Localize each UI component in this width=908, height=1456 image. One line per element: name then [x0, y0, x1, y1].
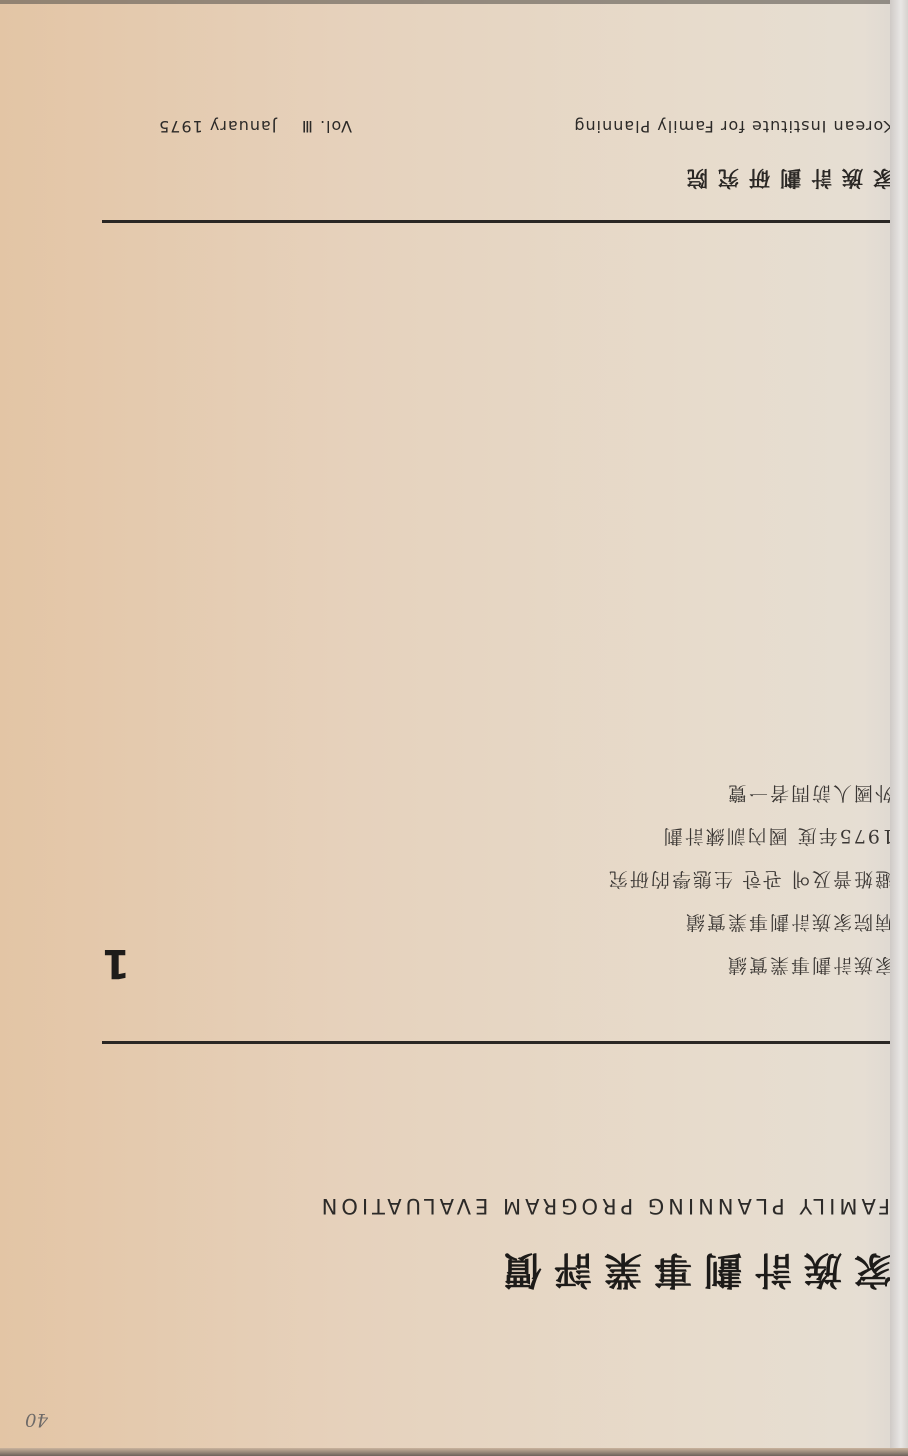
- toc-item: 病院家族計劃事業實績: [607, 900, 894, 943]
- page-edge-shadow: [890, 0, 908, 1456]
- scan-bottom-edge: [0, 1448, 908, 1456]
- publisher-english: Korean Institute for Family Planning: [573, 117, 894, 136]
- toc-item: 外國人訪問者一覽: [607, 771, 894, 814]
- publisher-korean: 家族計劃研究院: [677, 164, 894, 194]
- toc-item: 1975年度 國內訓練計劃: [607, 814, 894, 857]
- toc-item: 家族計劃事業實績: [607, 943, 894, 986]
- volume: Vol. Ⅲ: [301, 117, 352, 136]
- volume-date: Vol. Ⅲ January 1975: [158, 117, 352, 136]
- divider-rule-top: [102, 1041, 900, 1044]
- title-korean: 家族計劃事業評價: [492, 1246, 892, 1301]
- handwritten-note: 40: [25, 1409, 48, 1430]
- cover-sheet: 家族計劃事業評價 FAMILY PLANNING PROGRAM EVALUAT…: [0, 0, 908, 1456]
- scanned-page: 家族計劃事業評價 FAMILY PLANNING PROGRAM EVALUAT…: [0, 0, 908, 1456]
- issue-date: January 1975: [158, 117, 276, 136]
- title-english: FAMILY PLANNING PROGRAM EVALUATION: [318, 1194, 890, 1218]
- toc-item: 避姙普及에 관한 生態學的研究: [607, 857, 894, 900]
- issue-number: 1: [102, 940, 130, 986]
- table-of-contents: 家族計劃事業實績 病院家族計劃事業實績 避姙普及에 관한 生態學的研究 1975…: [607, 771, 894, 986]
- divider-rule-bottom: [102, 220, 900, 223]
